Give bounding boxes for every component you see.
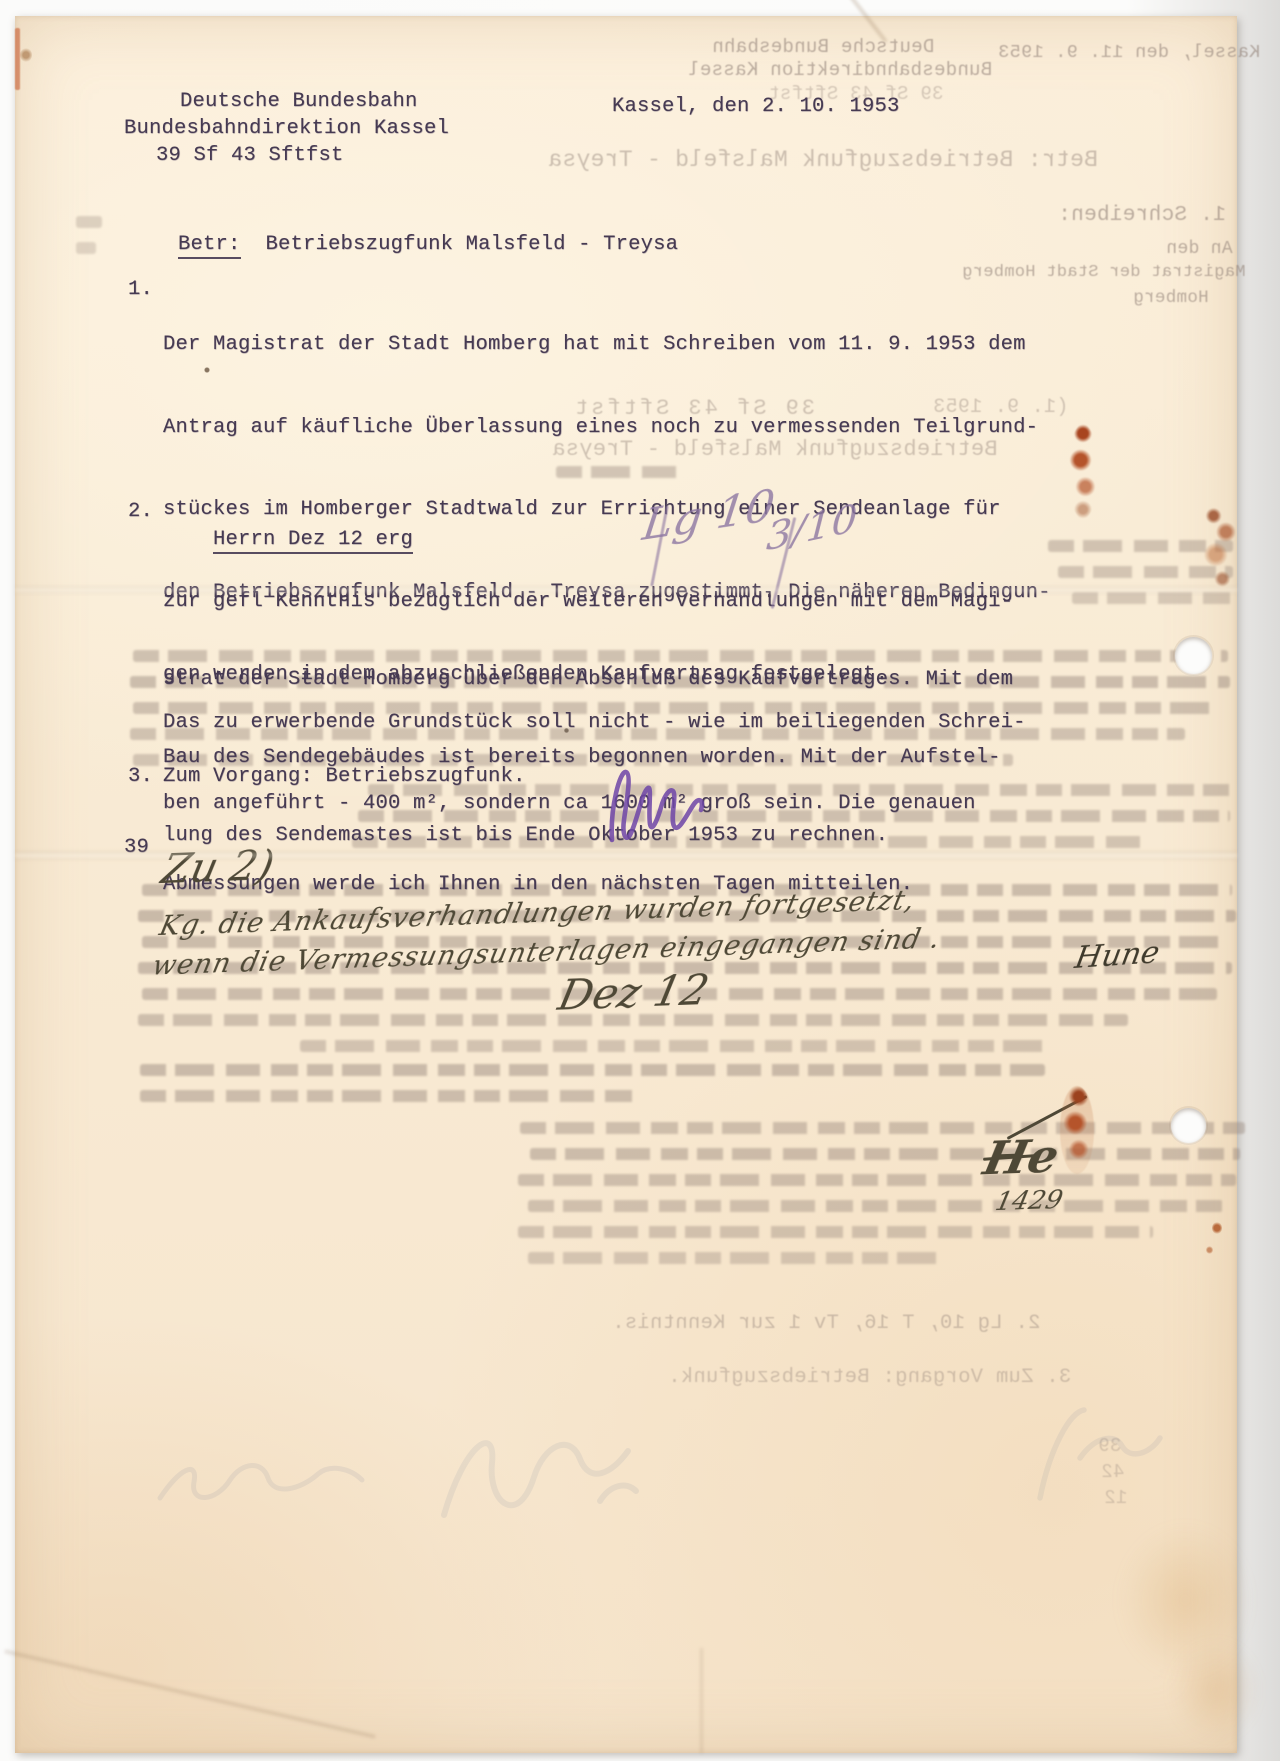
sender-line-3: 39 Sf 43 Sftfst xyxy=(156,142,344,170)
subject-text: Betriebszugfunk Malsfeld - Treysa xyxy=(266,233,679,256)
dateline: Kassel, den 2. 10. 1953 xyxy=(612,93,900,121)
initials-number: 1429 xyxy=(993,1185,1066,1217)
fold-crease xyxy=(15,851,1237,860)
item3-number: 3. xyxy=(128,763,153,791)
bleed-smudge xyxy=(140,1090,638,1102)
bleed-smudge xyxy=(518,1226,1153,1238)
violet-signature xyxy=(600,760,720,852)
bleed-sender-line1: Deutsche Bundesbahn xyxy=(712,36,934,58)
note-ref: Zu 2) xyxy=(157,841,278,893)
bleed-sender-line2: Bundesbahndirektion Kassel xyxy=(688,59,992,81)
ink-speck xyxy=(564,728,569,733)
item2-number: 2. xyxy=(128,498,153,526)
bleed-smudge xyxy=(76,242,96,254)
bleed-note-vorgang: 3. Zum Vorgang: Betriebszugfunk. xyxy=(668,1366,1071,1389)
item2-line: ben angeführt - 400 m², sondern ca 1600 … xyxy=(163,790,1026,817)
rust-stain xyxy=(1196,505,1240,595)
bleed-note-kenntnis: 2. Lg 10, T 16, Tv 1 zur Kenntnis. xyxy=(612,1312,1040,1335)
ghost-signature xyxy=(150,1438,380,1518)
bleed-smudge xyxy=(300,1040,1045,1052)
bleed-addressee-3: Homberg xyxy=(1133,288,1209,308)
rust-stain xyxy=(1060,1086,1094,1174)
rust-speck xyxy=(1206,1246,1213,1254)
bleed-smudge xyxy=(518,1174,1236,1186)
item1-number: 1. xyxy=(128,276,153,304)
ink-speck xyxy=(20,48,32,62)
bleed-smudge xyxy=(520,1122,1245,1134)
fold-crease xyxy=(15,586,1237,594)
paper-stain xyxy=(1170,1640,1260,1740)
bleed-smudge xyxy=(528,1200,1223,1212)
bleed-smudge xyxy=(530,1148,1240,1160)
item1-line: Antrag auf käufliche Überlassung eines n… xyxy=(163,414,1051,442)
note-dept: Dez 12 xyxy=(554,965,713,1019)
sender-line-1: Deutsche Bundesbahn xyxy=(180,88,418,116)
bleed-dateline: Kassel, den 11. 9. 1953 xyxy=(998,42,1260,63)
bleed-smudge xyxy=(76,216,102,228)
bleed-smudge xyxy=(528,1252,943,1264)
bleed-subject: Betr: Betriebszugfunk Malsfeld - Treysa xyxy=(548,147,1098,173)
rust-speck xyxy=(1212,1222,1222,1234)
subject-label: Betr: xyxy=(178,233,241,259)
sender-line-2: Bundesbahndirektion Kassel xyxy=(124,115,449,143)
name-annotation: Hune xyxy=(1072,935,1162,976)
item3-text: Zum Vorgang: Betriebszugfunk. xyxy=(163,763,526,791)
ghost-signature xyxy=(1010,1398,1170,1518)
punch-hole-bottom xyxy=(1171,1108,1206,1143)
red-edge-mark xyxy=(15,28,20,90)
item1-line: Der Magistrat der Stadt Homberg hat mit … xyxy=(163,331,1051,359)
corner-crease xyxy=(700,1648,703,1753)
bleed-item1: 1. Schreiben: xyxy=(1058,204,1226,227)
scanned-letter: Deutsche Bundesbahn Bundesbahndirektion … xyxy=(0,0,1280,1761)
ghost-signature xyxy=(430,1415,670,1545)
punch-hole-top xyxy=(1175,637,1212,674)
item2-line: Das zu erwerbende Grundstück soll nicht … xyxy=(163,709,1026,736)
ink-speck xyxy=(204,367,210,373)
rust-stain xyxy=(1068,424,1098,519)
bleed-smudge xyxy=(140,1064,1045,1076)
subject-row: Betr: Betriebszugfunk Malsfeld - Treysa xyxy=(128,203,678,286)
bleed-addressee-1: An den xyxy=(1166,239,1233,259)
